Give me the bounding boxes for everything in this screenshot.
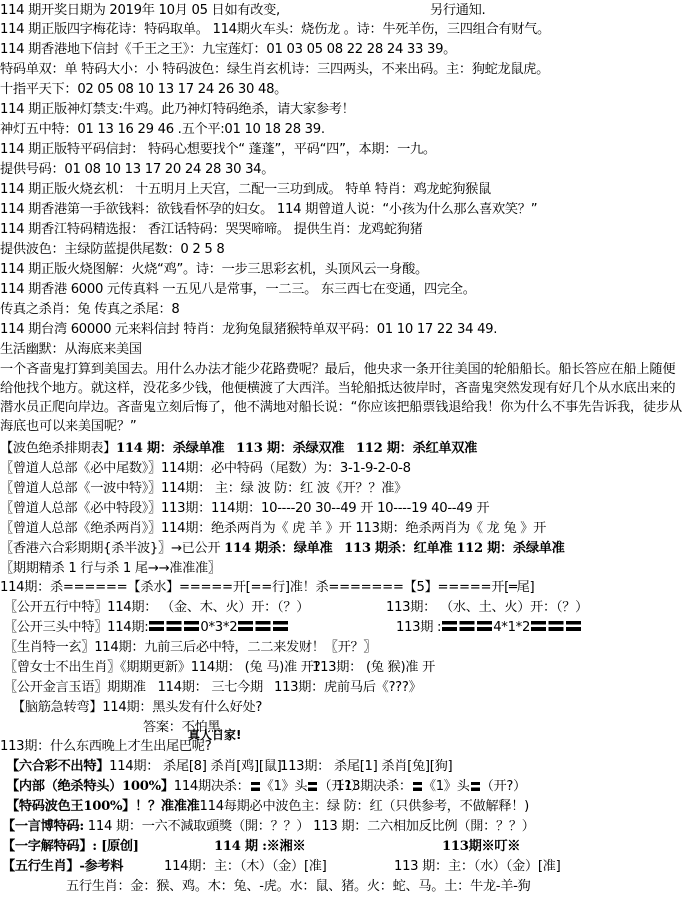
tail-text: 114期：必中特码（尾数）为：3-1-9-2-0-8 <box>161 461 411 476</box>
one-char-113: 113期※叮※ <box>442 837 520 856</box>
triple-bar-icon <box>531 621 581 631</box>
inner-head-label: 【内部（绝杀特头）100%】 <box>6 779 174 794</box>
inner-head-114-mid: 《1》头 <box>261 779 308 794</box>
odd-even-line: 特码单双：单 特码大小：小 特码波色：绿生肖玄机诗：三四两头，不来出码。主：狗蛇… <box>0 60 549 79</box>
hk-first-hand-line: 114 期香港第一手欲钱料：欲钱看怀孕的妇女。 114 期曾道人说：“小孩为什么… <box>0 200 537 219</box>
ms-zeng-113: 113期： (兔 猴)准 开 <box>312 658 435 677</box>
double-bar-icon <box>251 782 260 791</box>
special-envelope-line: 114 期正版特平码信封： 特码心想要找个“ 蓬蓬”，平码“四”，本期：一九。 <box>0 140 436 159</box>
one-word-label: 【一言博特码: <box>2 819 84 834</box>
fax-kill-line: 传真之杀肖：兔 传真之杀尾：8 <box>0 300 180 319</box>
triple-bar-icon <box>442 621 492 631</box>
three-heads-114-value: 0*3*2 <box>200 620 237 635</box>
riddle-line: 【脑筋急转弯】114期：黑头发有什么好处? <box>12 698 262 717</box>
zodiac-one-label: 〖生肖特一玄〗 <box>4 640 94 655</box>
wave-king-label: 【特码波色王100%】！？准准准 <box>6 799 200 814</box>
wave-kill-table-line: 【波色绝杀排期表】114 期：杀绿单准 113 期：杀绿双准 112 期：杀红单… <box>0 439 477 458</box>
lamp-five-line: 神灯五中特：01 13 16 29 46 .五个平:01 10 18 28 39… <box>0 120 325 139</box>
one-word-text: 114 期：一六不減取頭獎（開：？？） 113 期：二六相加反比例（開：？？） <box>84 819 535 834</box>
half-wave-line: 〖香港六合彩期期{杀半波}〗→已公开 114 期杀：绿单准 113 期杀：红单准… <box>0 539 564 558</box>
inner-head-113-mid: 《1》头 <box>423 779 470 794</box>
one-word-line: 【一言博特码: 114 期：一六不減取頭獎（開：？？） 113 期：二六相加反比… <box>2 817 535 836</box>
kill-line-title: 〖期期精杀 1 行与杀 1 尾→→准准准〗 <box>0 559 221 578</box>
inner-head-113-post: （开?） <box>481 779 526 794</box>
hk-envelope-line: 114 期香港地下信封《千王之王》：九宝莲灯：01 03 05 08 22 28… <box>0 40 456 59</box>
segment-text: 113期：114期：10----20 30--49 开 10----19 40-… <box>161 501 489 516</box>
triple-bar-icon <box>149 621 199 631</box>
three-heads-line: 〖公开三头中特〗114期:0*3*2 113期 :4*1*2 <box>4 618 289 637</box>
riddle-113-question: 113期：什么东西晚上才生出尾巴呢? <box>0 737 211 756</box>
taiwan-envelope-line: 114 期台湾 60000 元来料信封 特肖：龙狗兔鼠猪猴特单双平码：01 10… <box>0 320 497 339</box>
segment-label: 〖曾道人总部《必中特段》〗 <box>0 501 161 516</box>
half-wave-114: 114 期杀：绿单准 <box>224 541 332 556</box>
riddle-label: 【脑筋急转弯】 <box>12 700 102 715</box>
wave-kill-114: 114 期：杀绿单准 <box>116 441 224 456</box>
one-char-label: 【一字解特码】: [原创] <box>2 839 139 854</box>
fire-mystery-line: 114 期正版火烧玄机： 十五明月上天宫，二配一三功到成。 特单 特肖：鸡龙蛇狗… <box>0 180 491 199</box>
golden-words-line: 〖公开金言玉语〗期期准 114期： 三七今期113期：虎前马后《???》 <box>4 678 263 697</box>
humor-title: 生活幽默：从海底来美国 <box>0 340 142 359</box>
lamp-ban-line: 114 期正版神灯禁支:牛鸡。此乃神灯特码绝杀，请大家参考！ <box>0 100 355 119</box>
double-bar-icon <box>471 782 480 791</box>
one-wave-line: 〖曾道人总部《一波中特》〗114期： 主：绿 波 防：红 波《开？？准》 <box>0 479 407 498</box>
kill-row: 114期：杀======【杀水】=====开[==行]准！杀=======【5】… <box>0 578 534 597</box>
two-zodiac-text: 114期：绝杀两肖为《 虎 羊 》开 113期：绝杀两肖为《 龙 兔 》开 <box>161 521 546 536</box>
inner-head-113-prefix: 113期决杀： <box>336 779 412 794</box>
golden-words-label: 〖公开金言玉语〗期期准 <box>4 680 146 695</box>
half-wave-112: 112 期：杀绿单准 <box>456 541 564 556</box>
ms-zeng-line: 〖曾女士不出生肖〗《期期更新》114期： (兔 马)准 开?113期： (兔 猴… <box>4 658 320 677</box>
xiangjiang-line: 114 期香江特码精选报： 香江话特码：哭哭啼啼。 提供生肖：龙鸡蛇狗猪 <box>0 220 423 239</box>
one-wave-label: 〖曾道人总部《一波中特》〗 <box>0 481 161 496</box>
zodiac-one-text: 114期：九前三后必中特，二二来发财！〖开？〗 <box>94 640 376 655</box>
double-bar-icon <box>413 782 422 791</box>
wave-kill-112: 112 期：杀红单双准 <box>356 441 477 456</box>
riddle-114-question: 114期：黑头发有什么好处? <box>102 700 262 715</box>
half-wave-label: 〖香港六合彩期期{杀半波}〗→已公开 <box>0 541 224 556</box>
one-char-line: 【一字解特码】: [原创]114 期 :※湘※113期※叮※ <box>2 837 139 856</box>
wuxing-legend: 五行生肖：金：猴、鸡。木：兔、-虎。水：鼠、猪。火：蛇、马。土：牛龙-羊-狗 <box>66 877 530 896</box>
zodiac-one-line: 〖生肖特一玄〗114期：九前三后必中特，二二来发财！〖开？〗 <box>4 638 376 657</box>
inner-head-114-prefix: 114期决杀： <box>174 779 250 794</box>
wave-color-line: 提供波色：主绿防蓝提供尾数：0 2 5 8 <box>0 240 224 259</box>
double-bar-icon <box>308 782 317 791</box>
one-char-114: 114 期 :※湘※ <box>214 837 305 856</box>
ms-zeng-114: 114期： (兔 马)准 开? <box>191 660 321 675</box>
wave-king-line: 【特码波色王100%】！？准准准114每期必中波色主：绿 防：红（只供参考，不做… <box>6 797 529 816</box>
inner-head-line: 【内部（绝杀特头）100%】114期决杀：《1》头（开?） 113期决杀：《1》… <box>6 777 364 796</box>
wave-kill-113: 113 期：杀绿双准 <box>236 441 344 456</box>
fax-line: 114 期香港 6000 元传真料 一五见八是常事，一二三。 东三西七在变通，四… <box>0 280 476 299</box>
golden-words-114: 114期： 三七今期 <box>157 680 263 695</box>
notice-text: 另行通知. <box>430 1 485 20</box>
draw-date-text: 114 期开奖日期为 2019年 10月 05 日如有改变, <box>0 3 280 18</box>
ms-zeng-label: 〖曾女士不出生肖〗《期期更新》 <box>4 660 191 675</box>
wuxing-113: 113 期：主：（水）（金）[准] <box>394 857 560 876</box>
one-wave-text: 114期： 主：绿 波 防：红 波《开？？准》 <box>161 481 407 496</box>
two-zodiac-line: 〖曾道人总部《绝杀两肖》〗114期：绝杀两肖为《 虎 羊 》开 113期：绝杀两… <box>0 519 546 538</box>
plum-poem-line: 114 期正版四字梅花诗：特码取单。 114期火车头：烧伤龙 。诗：牛死羊伤，三… <box>0 20 550 39</box>
draw-date-line: 114 期开奖日期为 2019年 10月 05 日如有改变, 另行通知. <box>0 1 280 20</box>
five-elements-114: 114期： （金、木、火）开：（？） <box>107 600 309 615</box>
ten-fingers-line: 十指平天下：02 05 08 10 13 17 24 26 30 48。 <box>0 80 287 99</box>
five-elements-line: 〖公开五行中特〗114期： （金、木、火）开：（？）113期： （水、土、火）开… <box>4 598 309 617</box>
tail-label: 〖曾道人总部《必中尾数》〗 <box>0 461 161 476</box>
triple-bar-icon <box>238 621 288 631</box>
wuxing-line: 【五行生肖】-参考料114期：主：（木）（金）[准]113 期：主：（水）（金）… <box>2 857 123 876</box>
golden-words-113: 113期：虎前马后《???》 <box>274 678 421 697</box>
three-heads-113-value: 4*1*2 <box>493 620 530 635</box>
three-heads-113-prefix: 113期 : <box>396 620 441 635</box>
fire-diagram-line: 114 期正版火烧图解：火烧“鸡”。诗：一步三思彩玄机，头顶风云一身酸。 <box>0 260 428 279</box>
segment-line: 〖曾道人总部《必中特段》〗113期：114期：10----20 30--49 开… <box>0 499 489 518</box>
tail-line: 〖曾道人总部《必中尾数》〗114期：必中特码（尾数）为：3-1-9-2-0-8 <box>0 459 411 478</box>
no-special-114: 114期： 杀尾[8] 杀肖[鸡][鼠] <box>109 759 281 774</box>
humor-story: 一个吝啬鬼打算到美国去。用什么办法才能少花路费呢？最后，他央求一条开往美国的轮船… <box>0 360 684 436</box>
three-heads-label: 〖公开三头中特〗 <box>4 620 107 635</box>
half-wave-113: 113 期杀：红单准 <box>344 541 452 556</box>
wave-kill-label: 【波色绝杀排期表】 <box>0 441 116 456</box>
numbers-line: 提供号码：01 08 10 13 17 20 24 28 30 34。 <box>0 160 274 179</box>
no-special-line: 【六合彩不出特】114期： 杀尾[8] 杀肖[鸡][鼠]113期： 杀尾[1] … <box>6 757 281 776</box>
wuxing-114: 114期：主：（木）（金）[准] <box>164 857 327 876</box>
no-special-label: 【六合彩不出特】 <box>6 759 109 774</box>
five-elements-113: 113期： （水、土、火）开：（？） <box>386 598 588 617</box>
three-heads-114-prefix: 114期: <box>107 620 148 635</box>
wave-king-text: 114每期必中波色主：绿 防：红（只供参考，不做解释！) <box>200 799 529 814</box>
wuxing-label: 【五行生肖】-参考料 <box>2 859 123 874</box>
no-special-113: 113期： 杀尾[1] 杀肖[兔][狗] <box>280 757 452 776</box>
two-zodiac-label: 〖曾道人总部《绝杀两肖》〗 <box>0 521 161 536</box>
five-elements-label: 〖公开五行中特〗 <box>4 600 107 615</box>
